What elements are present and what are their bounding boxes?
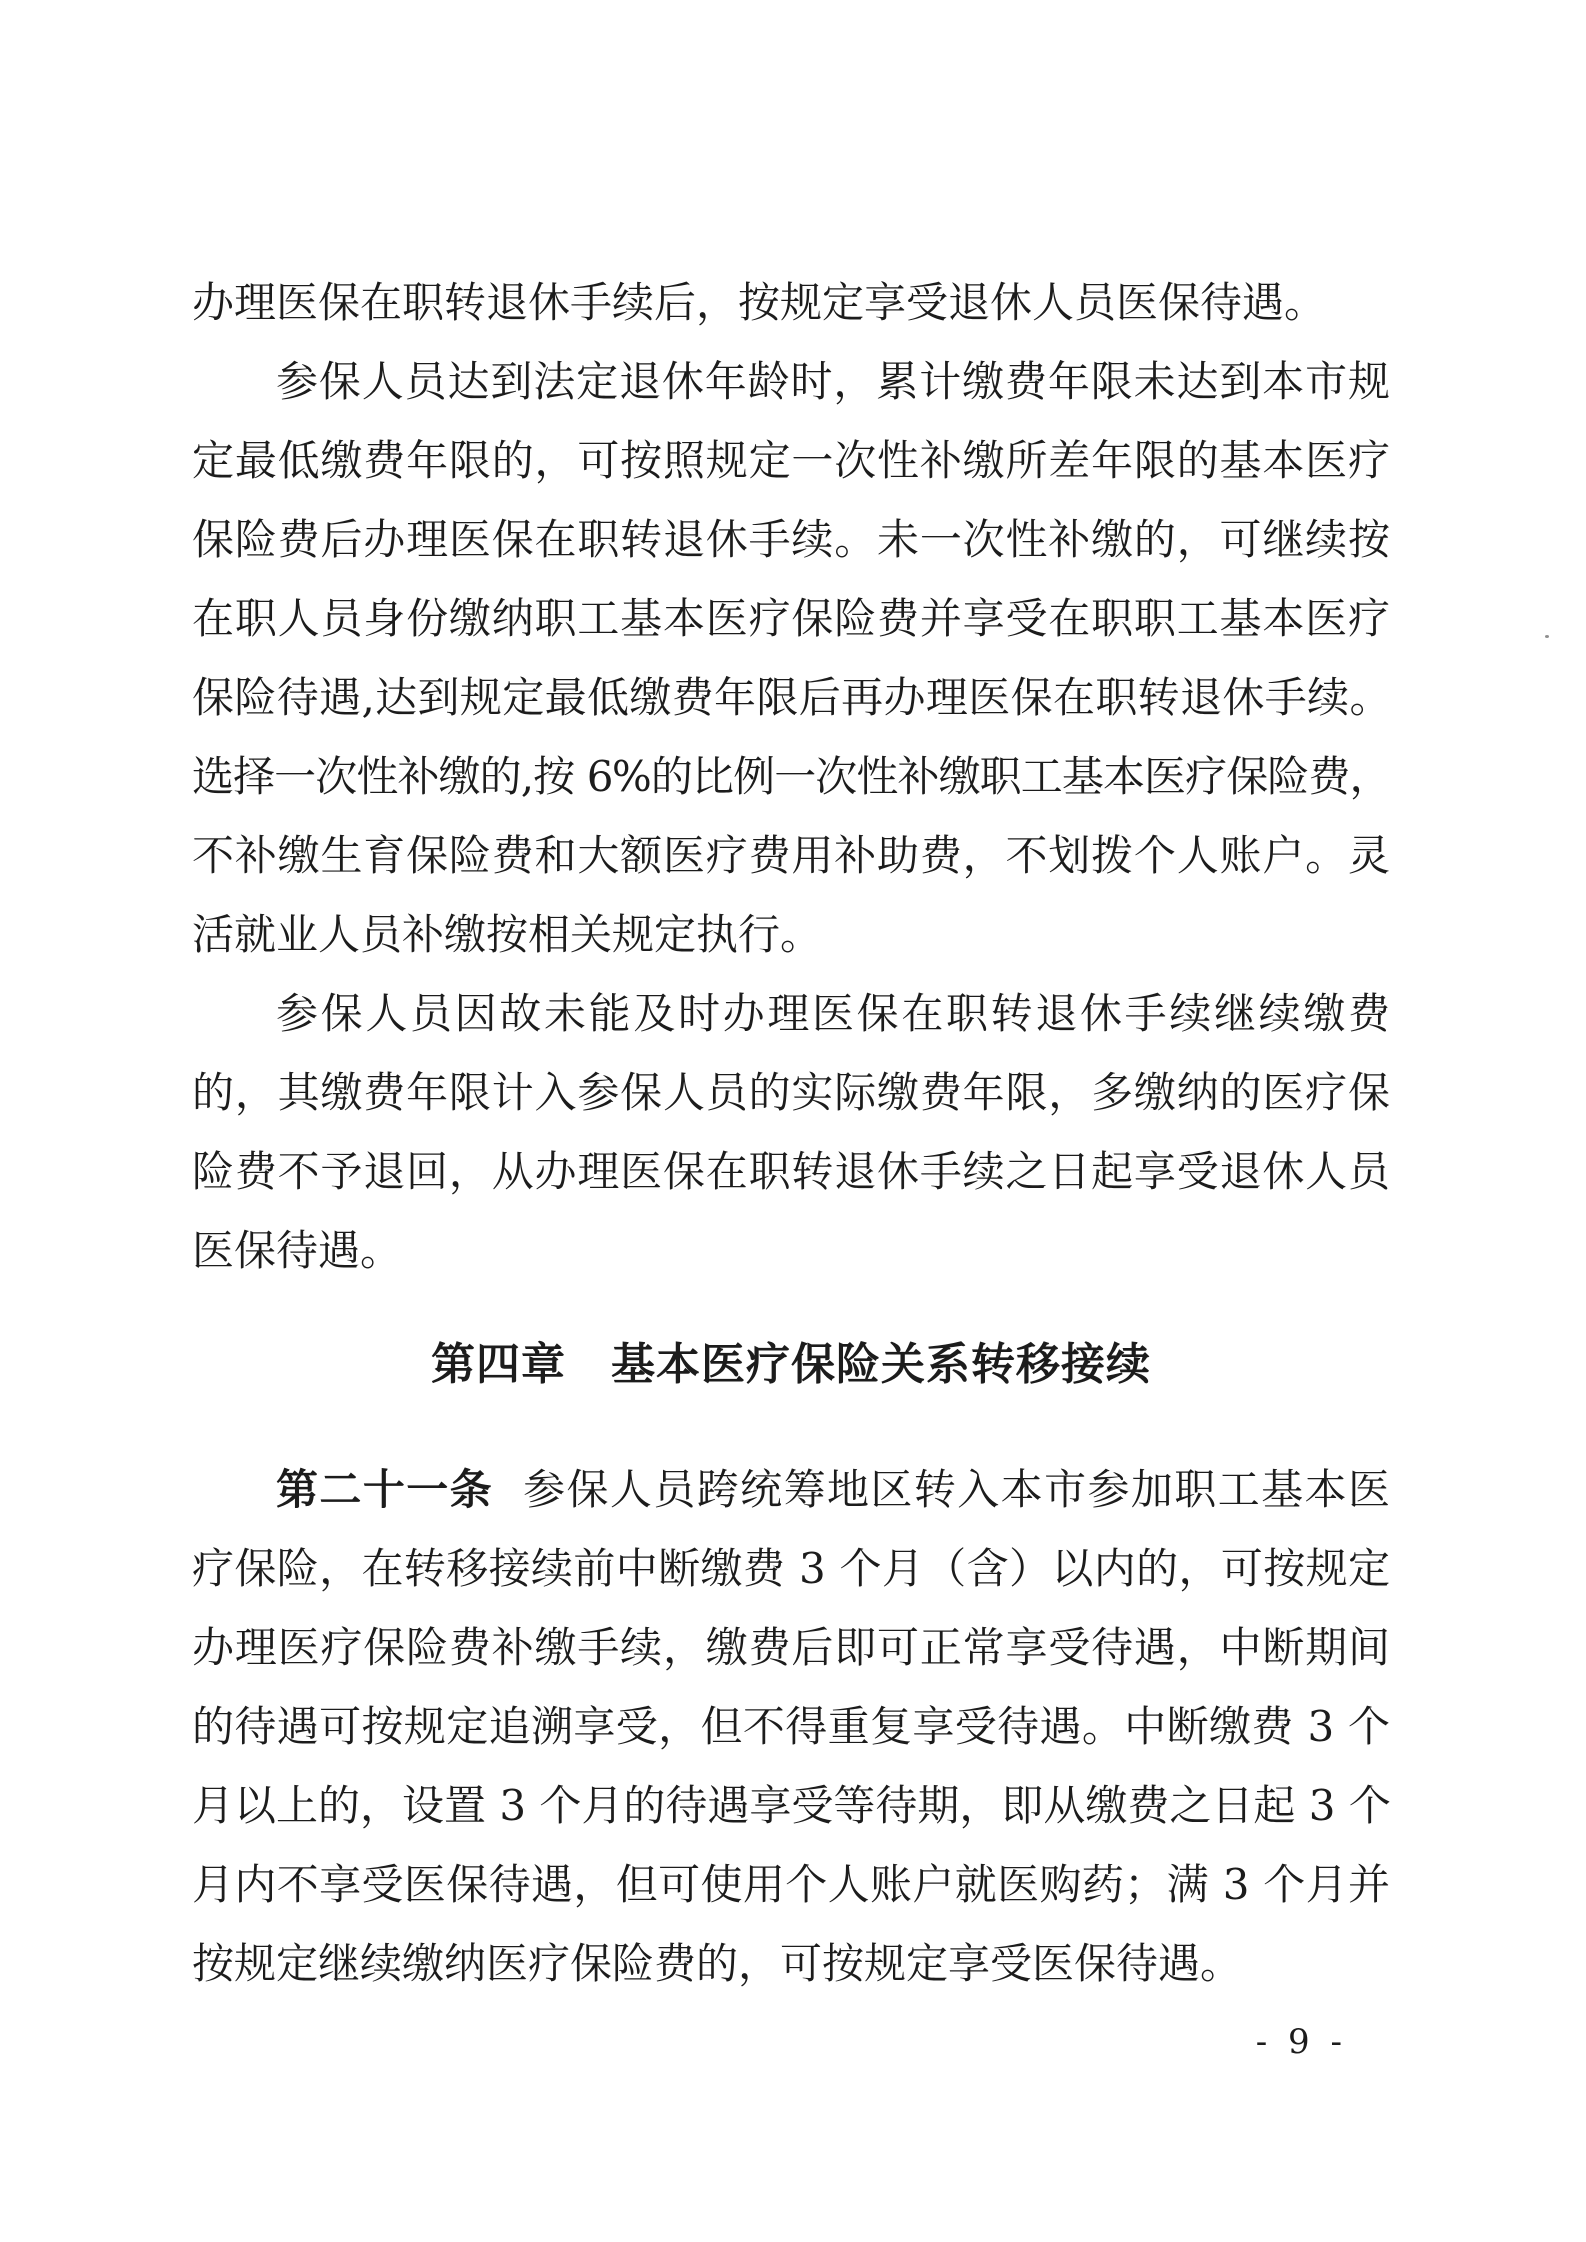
scan-speck (1545, 635, 1549, 638)
chapter-heading: 第四章 基本医疗保险关系转移接续 (192, 1325, 1390, 1404)
paragraph-line: 的，其缴费年限计入参保人员的实际缴费年限，多缴纳的医疗保 (192, 1053, 1390, 1132)
article-number: 第二十一条 (276, 1465, 493, 1514)
document-body: 办理医保在职转退休手续后，按规定享受退休人员医保待遇。 参保人员达到法定退休年龄… (192, 263, 1390, 2003)
article-first-line: 第二十一条参保人员跨统筹地区转入本市参加职工基本医 (192, 1450, 1390, 1529)
article-first-text: 参保人员跨统筹地区转入本市参加职工基本医 (523, 1465, 1390, 1514)
paragraph-line: 不补缴生育保险费和大额医疗费用补助费，不划拨个人账户。灵 (192, 816, 1390, 895)
paragraph-line: 月以上的，设置 3 个月的待遇享受等待期，即从缴费之日起 3 个 (192, 1766, 1390, 1845)
page-number: - 9 - (1256, 2022, 1347, 2062)
paragraph-line: 月内不享受医保待遇，但可使用个人账户就医购药；满 3 个月并 (192, 1845, 1390, 1924)
document-page: 办理医保在职转退休手续后，按规定享受退休人员医保待遇。 参保人员达到法定退休年龄… (0, 0, 1586, 2242)
paragraph-line: 按规定继续缴纳医疗保险费的，可按规定享受医保待遇。 (192, 1924, 1390, 2003)
paragraph-line: 参保人员达到法定退休年龄时，累计缴费年限未达到本市规 (192, 342, 1390, 421)
paragraph-line: 选择一次性补缴的,按 6%的比例一次性补缴职工基本医疗保险费， (192, 737, 1390, 816)
paragraph-line: 在职人员身份缴纳职工基本医疗保险费并享受在职职工基本医疗 (192, 579, 1390, 658)
paragraph-line: 保险待遇,达到规定最低缴费年限后再办理医保在职转退休手续。 (192, 658, 1390, 737)
paragraph-line: 医保待遇。 (192, 1211, 1390, 1290)
paragraph-line: 的待遇可按规定追溯享受，但不得重复享受待遇。中断缴费 3 个 (192, 1687, 1390, 1766)
paragraph-line: 保险费后办理医保在职转退休手续。未一次性补缴的，可继续按 (192, 500, 1390, 579)
paragraph-line: 活就业人员补缴按相关规定执行。 (192, 895, 1390, 974)
paragraph-line: 险费不予退回，从办理医保在职转退休手续之日起享受退休人员 (192, 1132, 1390, 1211)
paragraph-line: 参保人员因故未能及时办理医保在职转退休手续继续缴费 (192, 974, 1390, 1053)
paragraph-line: 办理医保在职转退休手续后，按规定享受退休人员医保待遇。 (192, 263, 1390, 342)
paragraph-line: 定最低缴费年限的，可按照规定一次性补缴所差年限的基本医疗 (192, 421, 1390, 500)
paragraph-line: 疗保险，在转移接续前中断缴费 3 个月（含）以内的，可按规定 (192, 1529, 1390, 1608)
paragraph-line: 办理医疗保险费补缴手续，缴费后即可正常享受待遇，中断期间 (192, 1608, 1390, 1687)
